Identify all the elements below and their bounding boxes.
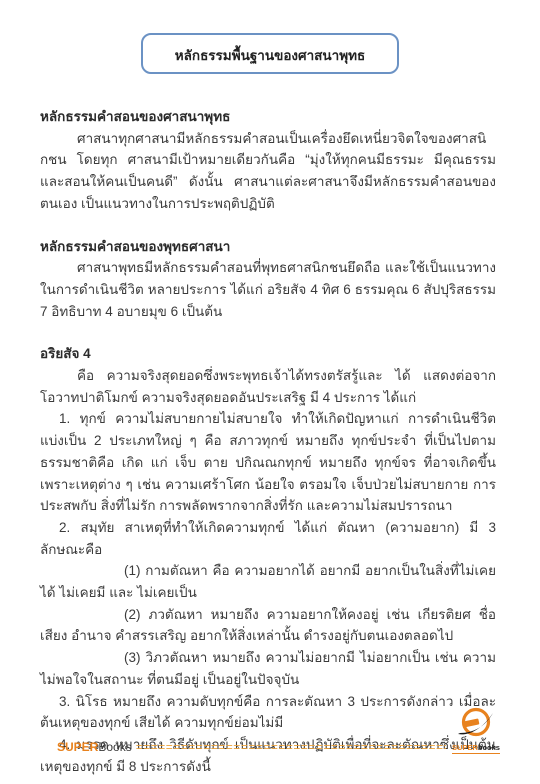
section-heading: หลักธรรมคำสอนของพุทธศาสนา <box>40 236 496 258</box>
sub-list-item: (2) ภวตัณหา หมายถึง ความอยากให้คงอยู่ เช… <box>40 604 496 647</box>
paragraph: คือ ความจริงสุดยอดซึ่งพระพุทธเจ้าได้ทรงต… <box>40 365 496 408</box>
section-heading: อริยสัจ 4 <box>40 343 496 365</box>
footer-brand-left: SUPERBooks <box>57 740 132 754</box>
section-heading: หลักธรรมคำสอนของศาสนาพุทธ <box>40 106 496 128</box>
list-item: 2. สมุทัย สาเหตุที่ทำให้เกิดความทุกข์ ได… <box>40 517 496 560</box>
sub-list-item: (3) วิภวตัณหา หมายถึง ความไม่อยากมี ไม่อ… <box>40 647 496 690</box>
page-title: หลักธรรมพื้นฐานของศาสนาพุทธ <box>141 33 399 74</box>
footer-separator: ========================================… <box>136 740 446 754</box>
superbooks-logo-icon <box>457 703 495 743</box>
footer-brand-right-books: books <box>478 743 500 752</box>
footer-brand-right-super: SUPER <box>452 743 478 752</box>
page-footer: SUPERBooks =============================… <box>57 703 502 754</box>
paragraph: ศาสนาทุกศาสนามีหลักธรรมคำสอนเป็นเครื่องย… <box>40 128 496 215</box>
sub-list-item: (1) กามตัณหา คือ ความอยากได้ อยากมี อยาก… <box>40 560 496 603</box>
footer-brand-right: SUPERbooks <box>452 743 500 754</box>
paragraph: ศาสนาพุทธมีหลักธรรมคำสอนที่พุทธศาสนิกชนย… <box>40 257 496 322</box>
title-box-container: หลักธรรมพื้นฐานของศาสนาพุทธ <box>0 0 540 74</box>
list-item: 1. ทุกข์ ความไม่สบายกายไม่สบายใจ ทำให้เก… <box>40 408 496 517</box>
footer-brand-left-super: SUPER <box>57 740 98 754</box>
document-body: หลักธรรมคำสอนของศาสนาพุทธ ศาสนาทุกศาสนาม… <box>0 106 540 777</box>
footer-logo: SUPERbooks <box>450 703 502 754</box>
footer-brand-left-books: Books <box>98 740 131 754</box>
